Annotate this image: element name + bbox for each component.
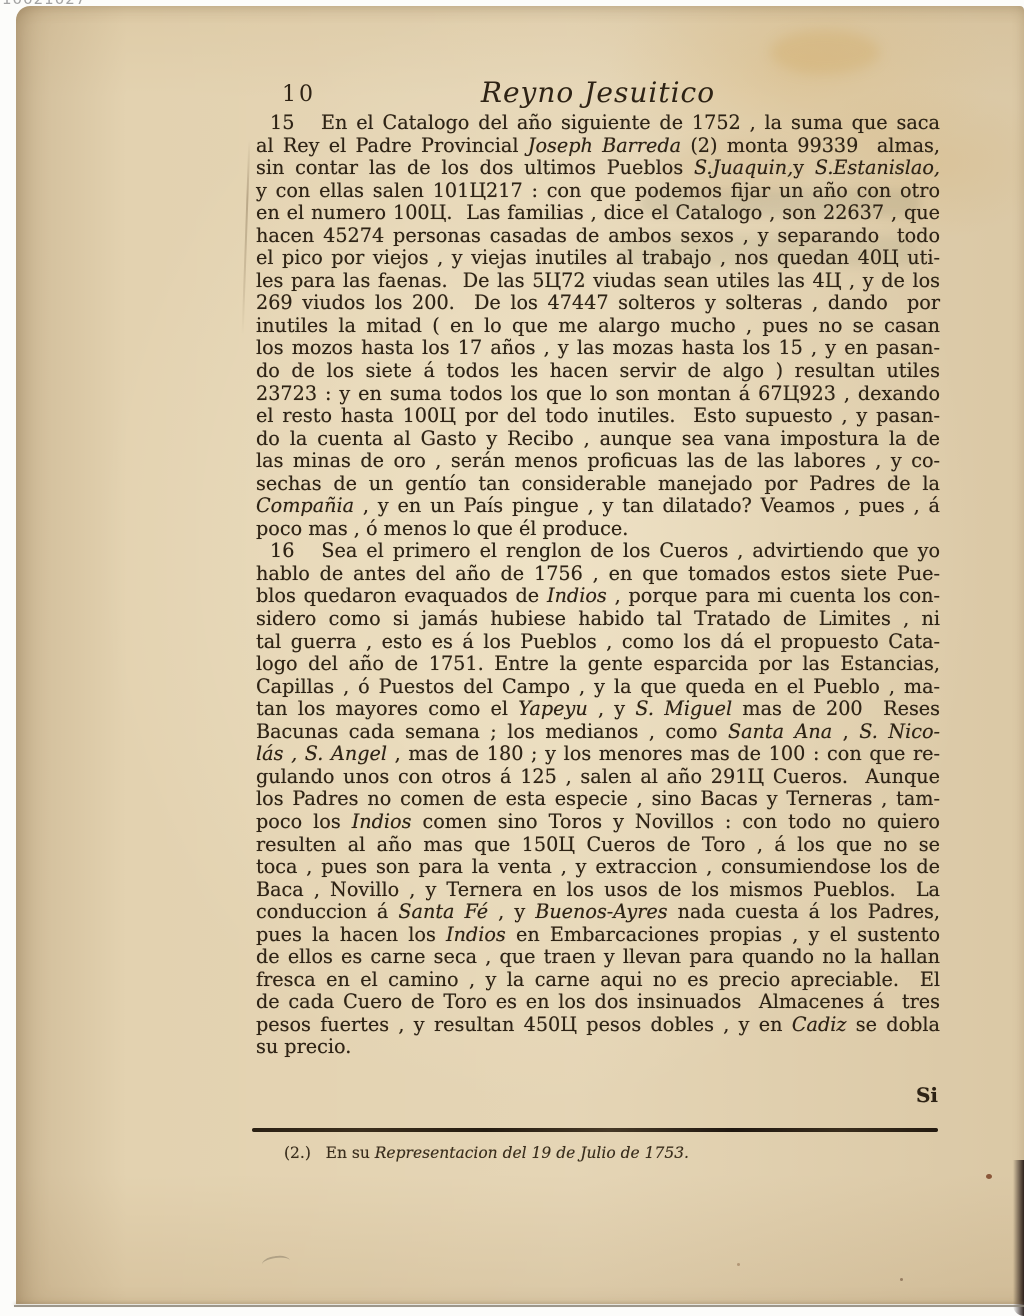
text-segment: y: [793, 156, 815, 179]
text-line: 23723 : y en suma todos los que lo son m…: [256, 383, 940, 406]
text-line: toca , pues son para la venta , y extrac…: [256, 856, 940, 879]
italic-text-segment: Compañia: [256, 494, 354, 517]
italic-text-segment: S.Estanislao,: [815, 156, 940, 179]
text-segment: ,: [832, 720, 859, 743]
text-line: los Padres no comen de esta especie , si…: [256, 788, 940, 811]
text-segment: los Padres no comen de esta especie , si…: [256, 787, 940, 810]
text-line: fresca en el camino , y la carne aqui no…: [256, 969, 940, 992]
text-line: el resto hasta 100Ц por del todo inutile…: [256, 405, 940, 428]
text-segment: inutiles la mitad ( en lo que me alargo …: [256, 314, 940, 337]
text-segment: 15 En el Catalogo del año siguiente de 1…: [270, 111, 940, 134]
text-line: Bacunas cada semana ; los medianos , com…: [256, 721, 940, 744]
text-line: sidero como si jamás hubiese habido tal …: [256, 608, 940, 631]
italic-text-segment: Joseph Barreda: [528, 134, 681, 157]
text-segment: poco mas , ó menos lo que él produce.: [256, 517, 628, 540]
text-segment: , y: [488, 900, 535, 923]
scanned-book-page: 10021027 10 Reyno Jesuitico 15 En el Cat…: [0, 0, 1024, 1316]
page-header: 10 Reyno Jesuitico: [256, 76, 940, 110]
text-segment: (2) monta 99339 almas,: [681, 134, 940, 157]
text-segment: do la cuenta al Gasto y Recibo , aunque …: [256, 427, 940, 450]
text-segment: comen sino Toros y Novillos : con todo n…: [411, 810, 940, 833]
text-segment: el pico por viejos , y viejas inutiles a…: [256, 246, 940, 269]
text-segment: hablo de antes del año de 1756 , en que …: [256, 562, 940, 585]
paper-speck: [986, 1174, 992, 1179]
text-segment: do de los siete á todos les hacen servir…: [256, 359, 940, 382]
text-segment: resulten al año mas que 150Ц Cueros de T…: [256, 833, 940, 856]
text-line: y con ellas salen 101Ц217 : con que pode…: [256, 180, 940, 203]
text-line: hablo de antes del año de 1756 , en que …: [256, 563, 940, 586]
text-line: el pico por viejos , y viejas inutiles a…: [256, 247, 940, 270]
text-segment: les para las faenas. De las 5Ц72 viudas …: [256, 269, 940, 292]
text-line: resulten al año mas que 150Ц Cueros de T…: [256, 834, 940, 857]
text-segment: , y: [588, 697, 636, 720]
text-segment: los mozos hasta los 17 años , y las moza…: [256, 336, 940, 359]
text-segment: las minas de oro , serán menos proficuas…: [256, 449, 940, 472]
text-segment: en el numero 100Ц. Las familias , dice e…: [256, 201, 940, 224]
text-line: Capillas , ó Puestos del Campo , y la qu…: [256, 676, 940, 699]
catchword: Si: [256, 1083, 938, 1107]
text-line: poco mas , ó menos lo que él produce.: [256, 518, 940, 541]
text-line: do de los siete á todos les hacen servir…: [256, 360, 940, 383]
text-segment: logo del año de 1751. Entre la gente esp…: [256, 652, 940, 675]
italic-text-segment: Cadiz: [792, 1013, 847, 1036]
text-line: tal guerra , esto es á los Pueblos , com…: [256, 631, 940, 654]
footnote-text: (2.) En su Representacion del 19 de Juli…: [284, 1144, 934, 1162]
text-line: 15 En el Catalogo del año siguiente de 1…: [256, 112, 940, 135]
italic-text-segment: Indios: [446, 923, 506, 946]
text-segment: conduccion á: [256, 900, 398, 923]
text-segment: mas de 200 Reses: [732, 697, 940, 720]
text-segment: sin contar las de los dos ultimos Pueblo…: [256, 156, 694, 179]
footnote-rule: [252, 1128, 938, 1132]
text-line: sin contar las de los dos ultimos Pueblo…: [256, 157, 940, 180]
text-line: tan los mayores como el Yapeyu , y S. Mi…: [256, 698, 940, 721]
paper-speck: [900, 1278, 903, 1281]
text-line: blos quedaron evaquados de Indios , porq…: [256, 585, 940, 608]
text-segment: , y en un País pingue , y tan dilatado? …: [354, 494, 940, 517]
text-line: Baca , Novillo , y Ternera en los usos d…: [256, 879, 940, 902]
text-segment: y con ellas salen 101Ц217 : con que pode…: [256, 179, 940, 202]
italic-text-segment: Indios: [352, 810, 412, 833]
text-line: de cada Cuero de Toro es en los dos insi…: [256, 991, 940, 1014]
text-segment: fresca en el camino , y la carne aqui no…: [256, 968, 940, 991]
text-line: de ellos es carne seca , que traen y lle…: [256, 946, 940, 969]
text-segment: Baca , Novillo , y Ternera en los usos d…: [256, 878, 940, 901]
text-line: Compañia , y en un País pingue , y tan d…: [256, 495, 940, 518]
text-segment: al Rey el Padre Provincial: [256, 134, 528, 157]
text-line: pesos fuertes , y resultan 450Ц pesos do…: [256, 1014, 940, 1037]
paper-stain: [770, 30, 880, 74]
text-line: lás , S. Angel , mas de 180 ; y los meno…: [256, 743, 940, 766]
italic-text-segment: Representacion del 19 de Julio de 1753.: [375, 1144, 689, 1162]
text-segment: gulando unos con otros á 125 , salen al …: [256, 765, 940, 788]
text-segment: en Embarcaciones propias , y el sustento: [506, 923, 940, 946]
italic-text-segment: Buenos-Ayres: [535, 900, 667, 923]
text-line: al Rey el Padre Provincial Joseph Barred…: [256, 135, 940, 158]
text-line: los mozos hasta los 17 años , y las moza…: [256, 337, 940, 360]
text-segment: 23723 : y en suma todos los que lo son m…: [256, 382, 940, 405]
italic-text-segment: S.Juaquin,: [694, 156, 793, 179]
text-segment: 269 viudos los 200. De los 47447 soltero…: [256, 291, 940, 314]
text-segment: pesos fuertes , y resultan 450Ц pesos do…: [256, 1013, 792, 1036]
text-line: las minas de oro , serán menos proficuas…: [256, 450, 940, 473]
text-segment: Capillas , ó Puestos del Campo , y la qu…: [256, 675, 940, 698]
text-segment: tan los mayores como el: [256, 697, 518, 720]
text-segment: Bacunas cada semana ; los medianos , com…: [256, 720, 728, 743]
paper-speck: [737, 1263, 740, 1266]
italic-text-segment: Santa Ana: [728, 720, 832, 743]
text-line: sechas de un gentío tan considerable man…: [256, 473, 940, 496]
text-segment: toca , pues son para la venta , y extrac…: [256, 855, 940, 878]
italic-text-segment: Indios: [547, 584, 607, 607]
text-line: conduccion á Santa Fé , y Buenos-Ayres n…: [256, 901, 940, 924]
text-line: les para las faenas. De las 5Ц72 viudas …: [256, 270, 940, 293]
text-segment: , porque para mi cuenta los con-: [607, 584, 940, 607]
italic-text-segment: Yapeyu: [518, 697, 587, 720]
page-bottom-edge: [14, 1305, 1024, 1307]
text-line: su precio.: [256, 1036, 940, 1059]
italic-text-segment: S. Miguel: [635, 697, 732, 720]
text-line: en el numero 100Ц. Las familias , dice e…: [256, 202, 940, 225]
text-segment: , mas de 180 ; y los menores mas de 100 …: [387, 742, 940, 765]
text-line: pues la hacen los Indios en Embarcacione…: [256, 924, 940, 947]
text-line: poco los Indios comen sino Toros y Novil…: [256, 811, 940, 834]
text-segment: de cada Cuero de Toro es en los dos insi…: [256, 990, 940, 1013]
text-segment: sechas de un gentío tan considerable man…: [256, 472, 940, 495]
body-text: 15 En el Catalogo del año siguiente de 1…: [256, 112, 940, 1059]
running-title: Reyno Jesuitico: [256, 76, 940, 109]
text-segment: tal guerra , esto es á los Pueblos , com…: [256, 630, 940, 653]
text-line: logo del año de 1751. Entre la gente esp…: [256, 653, 940, 676]
text-segment: (2.) En su: [284, 1144, 375, 1162]
text-line: gulando unos con otros á 125 , salen al …: [256, 766, 940, 789]
text-segment: blos quedaron evaquados de: [256, 584, 547, 607]
text-line: 269 viudos los 200. De los 47447 soltero…: [256, 292, 940, 315]
text-segment: se dobla: [846, 1013, 940, 1036]
text-segment: sidero como si jamás hubiese habido tal …: [256, 607, 940, 630]
text-segment: hacen 45274 personas casadas de ambos se…: [256, 224, 940, 247]
italic-text-segment: S. Nico-: [859, 720, 940, 743]
page-curl-shadow: [1013, 1160, 1024, 1316]
text-segment: su precio.: [256, 1035, 351, 1058]
text-segment: 16 Sea el primero el renglon de los Cuer…: [270, 539, 940, 562]
text-line: 16 Sea el primero el renglon de los Cuer…: [256, 540, 940, 563]
text-segment: nada cuesta á los Padres,: [668, 900, 940, 923]
text-segment: de ellos es carne seca , que traen y lle…: [256, 945, 940, 968]
text-segment: el resto hasta 100Ц por del todo inutile…: [256, 404, 940, 427]
text-line: inutiles la mitad ( en lo que me alargo …: [256, 315, 940, 338]
italic-text-segment: Santa Fé: [398, 900, 488, 923]
text-segment: poco los: [256, 810, 352, 833]
text-line: hacen 45274 personas casadas de ambos se…: [256, 225, 940, 248]
italic-text-segment: lás , S. Angel: [256, 742, 387, 765]
text-line: do la cuenta al Gasto y Recibo , aunque …: [256, 428, 940, 451]
text-segment: pues la hacen los: [256, 923, 446, 946]
